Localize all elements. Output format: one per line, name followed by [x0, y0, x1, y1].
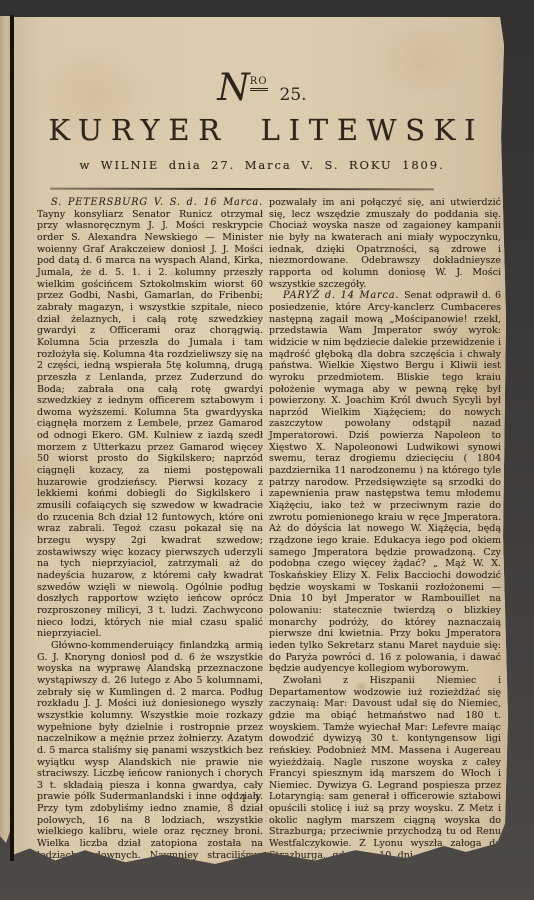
header-rule	[50, 188, 434, 191]
column-right: pozwalały im ani połączyć się, ani utwie…	[269, 197, 501, 873]
paragraph-lead: PARYŻ d. 14 Marca.	[283, 290, 404, 301]
issue-number-line: NRO25.	[14, 69, 510, 106]
paragraph-lead: S. PETERSBURG V. S. d. 16 Marca.	[51, 197, 263, 208]
dateline: w WILNIE dnia 27. Marca V. S. ROKU 1809.	[14, 158, 510, 172]
paragraph: pozwalały im ani połączyć się, ani utwie…	[269, 197, 501, 290]
newspaper-page: NRO25. KURYER LITEWSKI w WILNIE dnia 27.…	[14, 17, 510, 875]
paragraph: Zwołani z Hiszpanii Niemiec i Departamen…	[269, 675, 501, 873]
paragraph: Główno-kommenderuiący finlandzką armią G…	[37, 640, 263, 896]
newspaper-title: KURYER LITEWSKI	[14, 113, 510, 147]
column-left: S. PETERSBURG V. S. d. 16 Marca. Tayny k…	[37, 197, 263, 896]
paragraph: PARYŻ d. 14 Marca. Senat odprawił d. 6 p…	[269, 290, 501, 675]
binding-gutter-line	[10, 15, 14, 861]
issue-number-superscript: RO	[250, 76, 268, 91]
issue-number: 25.	[280, 85, 307, 105]
paragraph: S. PETERSBURG V. S. d. 16 Marca. Tayny k…	[37, 197, 263, 640]
page-number: ( 1 )	[210, 793, 280, 805]
issue-number-script-n: N	[217, 66, 247, 109]
